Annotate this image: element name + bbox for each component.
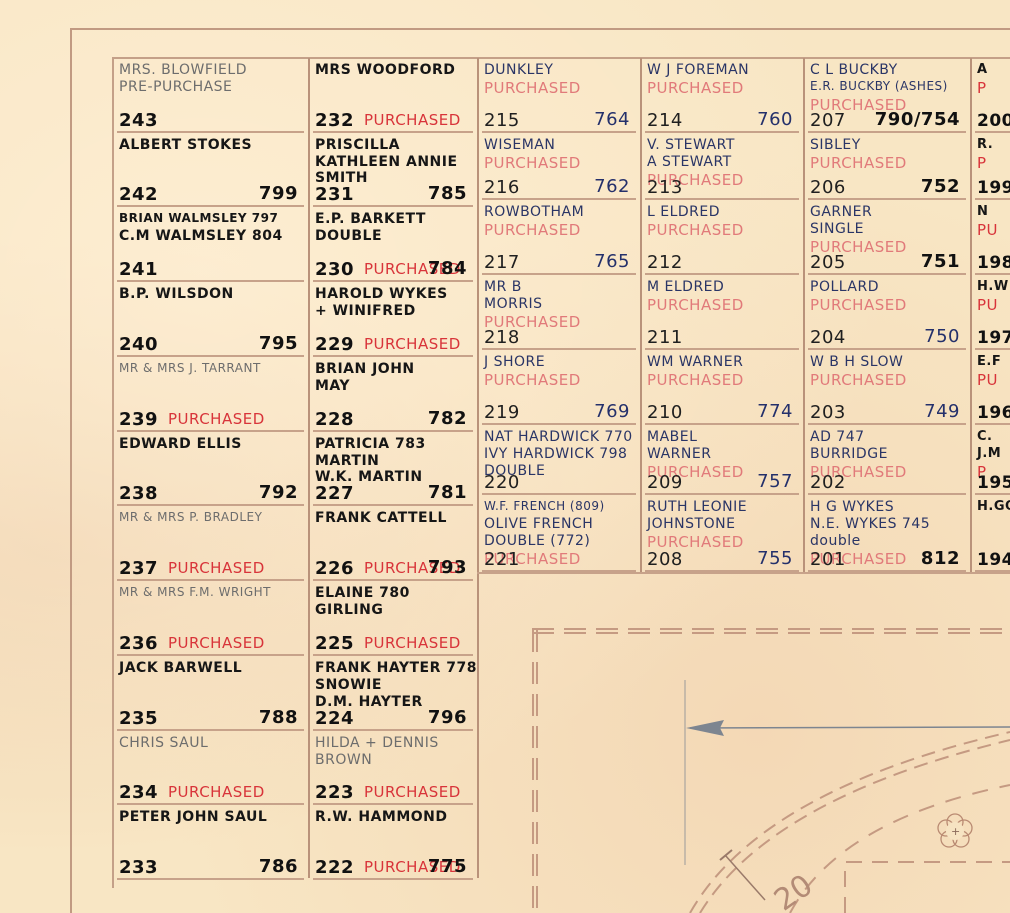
plot-name-line: E.R. BUCKBY (ASHES) xyxy=(810,79,948,93)
plot-cell-227[interactable]: PATRICIA 783MARTINW.K. MARTIN227781 xyxy=(309,432,477,506)
purchased-status: PURCHASED xyxy=(168,559,265,577)
plot-number: 220 xyxy=(484,472,520,493)
purchased-status: PURCHASED xyxy=(168,783,265,801)
plot-number: 223 xyxy=(315,782,354,803)
plot-cell-206[interactable]: SIBLEYPURCHASED206752 xyxy=(804,133,970,200)
plot-cell-213[interactable]: V. STEWARTA STEWARTPURCHASED213 xyxy=(641,133,803,200)
plot-cell-194[interactable]: H.GO194 xyxy=(971,495,1010,572)
plot-name-line: ALBERT STOKES xyxy=(119,137,252,153)
plot-number: 202 xyxy=(810,472,846,493)
plot-name-line: W J FOREMAN xyxy=(647,62,749,78)
plot-number: 211 xyxy=(647,327,683,348)
plot-number: 219 xyxy=(484,402,520,423)
plot-cell-233[interactable]: PETER JOHN SAUL233786 xyxy=(113,805,308,880)
plot-number: 243 xyxy=(119,110,158,131)
plot-number: 238 xyxy=(119,483,158,504)
plot-number: 230 xyxy=(315,259,354,280)
plot-cell-234[interactable]: CHRIS SAULPURCHASED234 xyxy=(113,731,308,805)
plot-cell-235[interactable]: JACK BARWELL235788 xyxy=(113,656,308,731)
grave-number: 795 xyxy=(259,333,298,354)
plot-number: 228 xyxy=(315,409,354,430)
plot-number: 226 xyxy=(315,558,354,579)
plot-cell-200[interactable]: AP200 xyxy=(971,58,1010,133)
grave-number: 757 xyxy=(757,471,793,492)
grave-number: 755 xyxy=(757,548,793,569)
plot-number: 199 xyxy=(977,178,1010,198)
plot-number: 221 xyxy=(484,549,520,570)
plot-name-line: EDWARD ELLIS xyxy=(119,436,242,452)
plot-name-line: H.GO xyxy=(977,499,1010,514)
plot-cell-204[interactable]: POLLARDPURCHASED204750 xyxy=(804,275,970,350)
plot-number: 234 xyxy=(119,782,158,803)
plot-cell-239[interactable]: MR & MRS J. TARRANTPURCHASED239 xyxy=(113,357,308,432)
plot-name-line: J SHORE xyxy=(484,354,545,370)
plot-name-line: R.W. HAMMOND xyxy=(315,809,448,825)
plot-number: 217 xyxy=(484,252,520,273)
plot-name-line: HAROLD WYKES xyxy=(315,286,448,302)
plot-name-line: L ELDRED xyxy=(647,204,720,220)
plot-name-line: WISEMAN xyxy=(484,137,555,153)
plot-number: 214 xyxy=(647,110,683,131)
path-boundary xyxy=(532,628,1010,634)
plot-number: 198 xyxy=(977,253,1010,273)
plot-name-line: BURRIDGE xyxy=(810,446,888,462)
plot-name-line: CHRIS SAUL xyxy=(119,735,208,751)
plot-name-line: FRANK HAYTER 778 xyxy=(315,660,477,676)
plot-number: 208 xyxy=(647,549,683,570)
grave-number: 784 xyxy=(428,258,467,279)
path-boundary xyxy=(532,630,538,913)
plot-name-line: W.F. FRENCH (809) xyxy=(484,499,605,513)
plot-name-line: V. STEWART xyxy=(647,137,735,153)
plot-name-line: POLLARD xyxy=(810,279,879,295)
plot-name-line: MRS. BLOWFIELD xyxy=(119,62,247,78)
grave-number: 764 xyxy=(594,109,630,130)
plot-number: 206 xyxy=(810,177,846,198)
plot-name-line: PRISCILLA xyxy=(315,137,400,153)
plot-name-line: MRS WOODFORD xyxy=(315,62,455,78)
grave-number: 762 xyxy=(594,176,630,197)
arrow-shaft xyxy=(690,727,1010,728)
purchased-status: PURCHASED xyxy=(647,221,744,239)
plot-number: 222 xyxy=(315,857,354,878)
plot-cell-201[interactable]: H G WYKESN.E. WYKES 745doublePURCHASED20… xyxy=(804,495,970,572)
plot-name-line: SINGLE xyxy=(810,221,864,237)
plot-name-line: PETER JOHN SAUL xyxy=(119,809,267,825)
grave-number: 749 xyxy=(924,401,960,422)
plot-name-line: A xyxy=(977,62,988,77)
purchased-status: PURCHASED xyxy=(810,296,907,314)
purchased-status: PURCHASED xyxy=(364,111,461,129)
purchased-status: PU xyxy=(977,296,998,314)
grave-number: 785 xyxy=(428,183,467,204)
plot-cell-199[interactable]: R.P199 xyxy=(971,133,1010,200)
plot-number: 232 xyxy=(315,110,354,131)
purchased-status: P xyxy=(977,79,987,97)
purchased-status: PU xyxy=(977,371,998,389)
plot-cell-226[interactable]: FRANK CATTELLPURCHASED226793 xyxy=(309,506,477,581)
plot-name-line: + WINIFRED xyxy=(315,303,416,319)
plot-number: 237 xyxy=(119,558,158,579)
plot-name-line: KATHLEEN ANNIE xyxy=(315,154,458,170)
plot-cell-215[interactable]: DUNKLEYPURCHASED215764 xyxy=(478,58,640,133)
grave-number: 790/754 xyxy=(875,109,960,130)
plot-cell-205[interactable]: GARNERSINGLEPURCHASED205751 xyxy=(804,200,970,275)
purchased-status: PURCHASED xyxy=(810,154,907,172)
plot-name-line: B.P. WILSDON xyxy=(119,286,234,302)
purchased-status: PURCHASED xyxy=(364,335,461,353)
grave-number: 752 xyxy=(921,176,960,197)
plot-number: 201 xyxy=(810,549,846,570)
purchased-status: PURCHASED xyxy=(647,296,744,314)
arrow-left-icon xyxy=(686,720,724,736)
plot-name-line: C L BUCKBY xyxy=(810,62,898,78)
plot-cell-238[interactable]: EDWARD ELLIS238792 xyxy=(113,432,308,506)
plot-name-line: MR B xyxy=(484,279,522,295)
plot-name-line: double xyxy=(810,533,861,549)
plot-cell-196[interactable]: E.FPU196 xyxy=(971,350,1010,425)
plot-cell-221[interactable]: W.F. FRENCH (809)OLIVE FRENCHDOUBLE (772… xyxy=(478,495,640,572)
plot-name-line: E.P. BARKETT xyxy=(315,211,426,227)
plot-name-line: WM WARNER xyxy=(647,354,743,370)
purchased-status: PURCHASED xyxy=(647,79,744,97)
plot-name-line: MABEL xyxy=(647,429,697,445)
plot-cell-230[interactable]: E.P. BARKETTDOUBLEPURCHASED230784 xyxy=(309,207,477,282)
plot-number: 200 xyxy=(977,111,1010,131)
plot-number: 241 xyxy=(119,259,158,280)
plot-name-line: GARNER xyxy=(810,204,872,220)
plot-number: 216 xyxy=(484,177,520,198)
plot-cell-207[interactable]: C L BUCKBYE.R. BUCKBY (ASHES)PURCHASED20… xyxy=(804,58,970,133)
grave-number: 760 xyxy=(757,109,793,130)
grave-number: 765 xyxy=(594,251,630,272)
plot-name-line: A STEWART xyxy=(647,154,732,170)
plot-number: 236 xyxy=(119,633,158,654)
purchased-status: PURCHASED xyxy=(810,371,907,389)
plot-name-line: E.F xyxy=(977,354,1001,369)
grave-number: 775 xyxy=(428,856,467,877)
plot-name-line: MR & MRS F.M. WRIGHT xyxy=(119,585,271,599)
plot-cell-217[interactable]: ROWBOTHAMPURCHASED217765 xyxy=(478,200,640,275)
plot-cell-216[interactable]: WISEMANPURCHASED216762 xyxy=(478,133,640,200)
plot-name-line: IVY HARDWICK 798 xyxy=(484,446,627,462)
plot-number: 231 xyxy=(315,184,354,205)
grave-number: 799 xyxy=(259,183,298,204)
plot-number: 225 xyxy=(315,633,354,654)
plot-name-line: MR & MRS P. BRADLEY xyxy=(119,510,262,524)
plot-name-line: M ELDRED xyxy=(647,279,724,295)
plot-cell-208[interactable]: RUTH LEONIEJOHNSTONEPURCHASED208755 xyxy=(641,495,803,572)
plot-name-line: AD 747 xyxy=(810,429,865,445)
plot-cell-228[interactable]: BRIAN JOHNMAY228782 xyxy=(309,357,477,432)
tree-icon: + xyxy=(938,814,972,847)
grave-number: 781 xyxy=(428,482,467,503)
plot-cell-237[interactable]: MR & MRS P. BRADLEYPURCHASED237 xyxy=(113,506,308,581)
plot-name-line: JACK BARWELL xyxy=(119,660,242,676)
purchased-status: PURCHASED xyxy=(484,79,581,97)
plot-cell-203[interactable]: W B H SLOWPURCHASED203749 xyxy=(804,350,970,425)
plot-cell-231[interactable]: PRISCILLAKATHLEEN ANNIESMITH231785 xyxy=(309,133,477,207)
plot-number: 203 xyxy=(810,402,846,423)
purchased-status: P xyxy=(977,154,987,172)
plot-number: 215 xyxy=(484,110,520,131)
frame-top xyxy=(70,28,1010,30)
grave-number: 788 xyxy=(259,707,298,728)
purchased-status: PU xyxy=(977,221,998,239)
purchased-status: PURCHASED xyxy=(484,371,581,389)
plot-name-line: MR & MRS J. TARRANT xyxy=(119,361,261,375)
plot-name-line: HILDA + DENNIS xyxy=(315,735,439,751)
svg-text:+: + xyxy=(951,825,960,838)
plot-name-line: ELAINE 780 xyxy=(315,585,410,601)
plot-number: 195 xyxy=(977,473,1010,493)
plot-name-line: MORRIS xyxy=(484,296,543,312)
plot-name-line: W B H SLOW xyxy=(810,354,903,370)
grave-number: 786 xyxy=(259,856,298,877)
plot-cell-195[interactable]: C.J.MP195 xyxy=(971,425,1010,495)
plot-name-line: H G WYKES xyxy=(810,499,894,515)
plot-name-line: ROWBOTHAM xyxy=(484,204,584,220)
plot-cell-236[interactable]: MR & MRS F.M. WRIGHTPURCHASED236 xyxy=(113,581,308,656)
plot-name-line: JOHNSTONE xyxy=(647,516,735,532)
plot-name-line: GIRLING xyxy=(315,602,383,618)
plot-cell-211[interactable]: M ELDREDPURCHASED211 xyxy=(641,275,803,350)
purchased-status: PURCHASED xyxy=(647,371,744,389)
plot-name-line: BRIAN JOHN xyxy=(315,361,415,377)
plot-cell-232[interactable]: MRS WOODFORDPURCHASED232 xyxy=(309,58,477,133)
plot-name-line: SIBLEY xyxy=(810,137,861,153)
plot-name-line: N xyxy=(977,204,988,219)
plot-number: 207 xyxy=(810,110,846,131)
plot-cell-210[interactable]: WM WARNERPURCHASED210774 xyxy=(641,350,803,425)
plot-number: 205 xyxy=(810,252,846,273)
plot-number: 212 xyxy=(647,252,683,273)
plot-number: 210 xyxy=(647,402,683,423)
plot-name-line: SNOWIE xyxy=(315,677,382,693)
plot-name-line: WARNER xyxy=(647,446,711,462)
plot-cell-229[interactable]: HAROLD WYKES+ WINIFREDPURCHASED229 xyxy=(309,282,477,357)
plot-cell-241[interactable]: BRIAN WALMSLEY 797C.M WALMSLEY 804241 xyxy=(113,207,308,282)
plot-plan-sheet: MRS. BLOWFIELDPRE-PURCHASE243ALBERT STOK… xyxy=(0,0,1010,913)
purchased-status: PURCHASED xyxy=(168,634,265,652)
plot-number: 229 xyxy=(315,334,354,355)
purchased-status: PURCHASED xyxy=(364,783,461,801)
plot-number: 235 xyxy=(119,708,158,729)
plot-cell-219[interactable]: J SHOREPURCHASED219769 xyxy=(478,350,640,425)
block-bottom xyxy=(477,572,1010,574)
plot-name-line: C.M WALMSLEY 804 xyxy=(119,228,283,244)
plot-cell-242[interactable]: ALBERT STOKES242799 xyxy=(113,133,308,207)
plot-number: 196 xyxy=(977,403,1010,423)
plot-cell-218[interactable]: MR BMORRISPURCHASED218 xyxy=(478,275,640,350)
frame-left xyxy=(70,28,72,913)
plot-number: 194 xyxy=(977,550,1010,570)
plot-name-line: DOUBLE (772) xyxy=(484,533,590,549)
plot-name-line: DOUBLE xyxy=(315,228,382,244)
path-width-label: 20 xyxy=(768,868,819,913)
plot-number: 218 xyxy=(484,327,520,348)
plot-number: 224 xyxy=(315,708,354,729)
plot-cell-198[interactable]: NPU198 xyxy=(971,200,1010,275)
plot-number: 197 xyxy=(977,328,1010,348)
plot-cell-197[interactable]: H.WPU197 xyxy=(971,275,1010,350)
grave-number: 751 xyxy=(921,251,960,272)
plot-cell-202[interactable]: AD 747BURRIDGEPURCHASED202 xyxy=(804,425,970,495)
grave-number: 774 xyxy=(757,401,793,422)
plot-name-line: BRIAN WALMSLEY 797 xyxy=(119,211,278,225)
grave-number: 796 xyxy=(428,707,467,728)
grave-number: 782 xyxy=(428,408,467,429)
plot-cell-220[interactable]: NAT HARDWICK 770IVY HARDWICK 798DOUBLE22… xyxy=(478,425,640,495)
plot-cell-214[interactable]: W J FOREMANPURCHASED214760 xyxy=(641,58,803,133)
plot-number: 240 xyxy=(119,334,158,355)
plot-name-line: BROWN xyxy=(315,752,372,768)
plot-number: 242 xyxy=(119,184,158,205)
purchased-status: PURCHASED xyxy=(364,634,461,652)
plot-cell-209[interactable]: MABELWARNERPURCHASED209757 xyxy=(641,425,803,495)
plot-cell-240[interactable]: B.P. WILSDON240795 xyxy=(113,282,308,357)
purchased-status: PURCHASED xyxy=(484,154,581,172)
grave-number: 812 xyxy=(921,548,960,569)
plot-name-line: N.E. WYKES 745 xyxy=(810,516,930,532)
plot-name-line: MARTIN xyxy=(315,453,379,469)
purchased-status: PURCHASED xyxy=(484,221,581,239)
plot-name-line: NAT HARDWICK 770 xyxy=(484,429,633,445)
plot-name-line: OLIVE FRENCH xyxy=(484,516,593,532)
plot-cell-225[interactable]: ELAINE 780GIRLINGPURCHASED225 xyxy=(309,581,477,656)
plot-cell-223[interactable]: HILDA + DENNISBROWNPURCHASED223 xyxy=(309,731,477,805)
plot-name-line: J.M xyxy=(977,446,1001,461)
purchased-status: PURCHASED xyxy=(168,410,265,428)
plot-name-line: C. xyxy=(977,429,992,444)
plot-name-line: FRANK CATTELL xyxy=(315,510,447,526)
plot-name-line: PRE-PURCHASE xyxy=(119,79,232,95)
plot-number: 227 xyxy=(315,483,354,504)
plot-name-line: PATRICIA 783 xyxy=(315,436,426,452)
plot-cell-224[interactable]: FRANK HAYTER 778SNOWIED.M. HAYTER224796 xyxy=(309,656,477,731)
plot-name-line: DUNKLEY xyxy=(484,62,553,78)
plot-cell-212[interactable]: L ELDREDPURCHASED212 xyxy=(641,200,803,275)
plot-name-line: MAY xyxy=(315,378,350,394)
plot-name-line: H.W xyxy=(977,279,1009,294)
plot-number: 204 xyxy=(810,327,846,348)
plot-number: 239 xyxy=(119,409,158,430)
grave-number: 792 xyxy=(259,482,298,503)
plot-cell-243[interactable]: MRS. BLOWFIELDPRE-PURCHASE243 xyxy=(113,58,308,133)
plot-name-line: RUTH LEONIE xyxy=(647,499,747,515)
plot-name-line: R. xyxy=(977,137,993,152)
grave-number: 769 xyxy=(594,401,630,422)
grave-number: 750 xyxy=(924,326,960,347)
grave-number: 793 xyxy=(428,557,467,578)
plot-cell-222[interactable]: R.W. HAMMONDPURCHASED222775 xyxy=(309,805,477,880)
plot-number: 233 xyxy=(119,857,158,878)
plot-number: 209 xyxy=(647,472,683,493)
plot-number: 213 xyxy=(647,177,683,198)
